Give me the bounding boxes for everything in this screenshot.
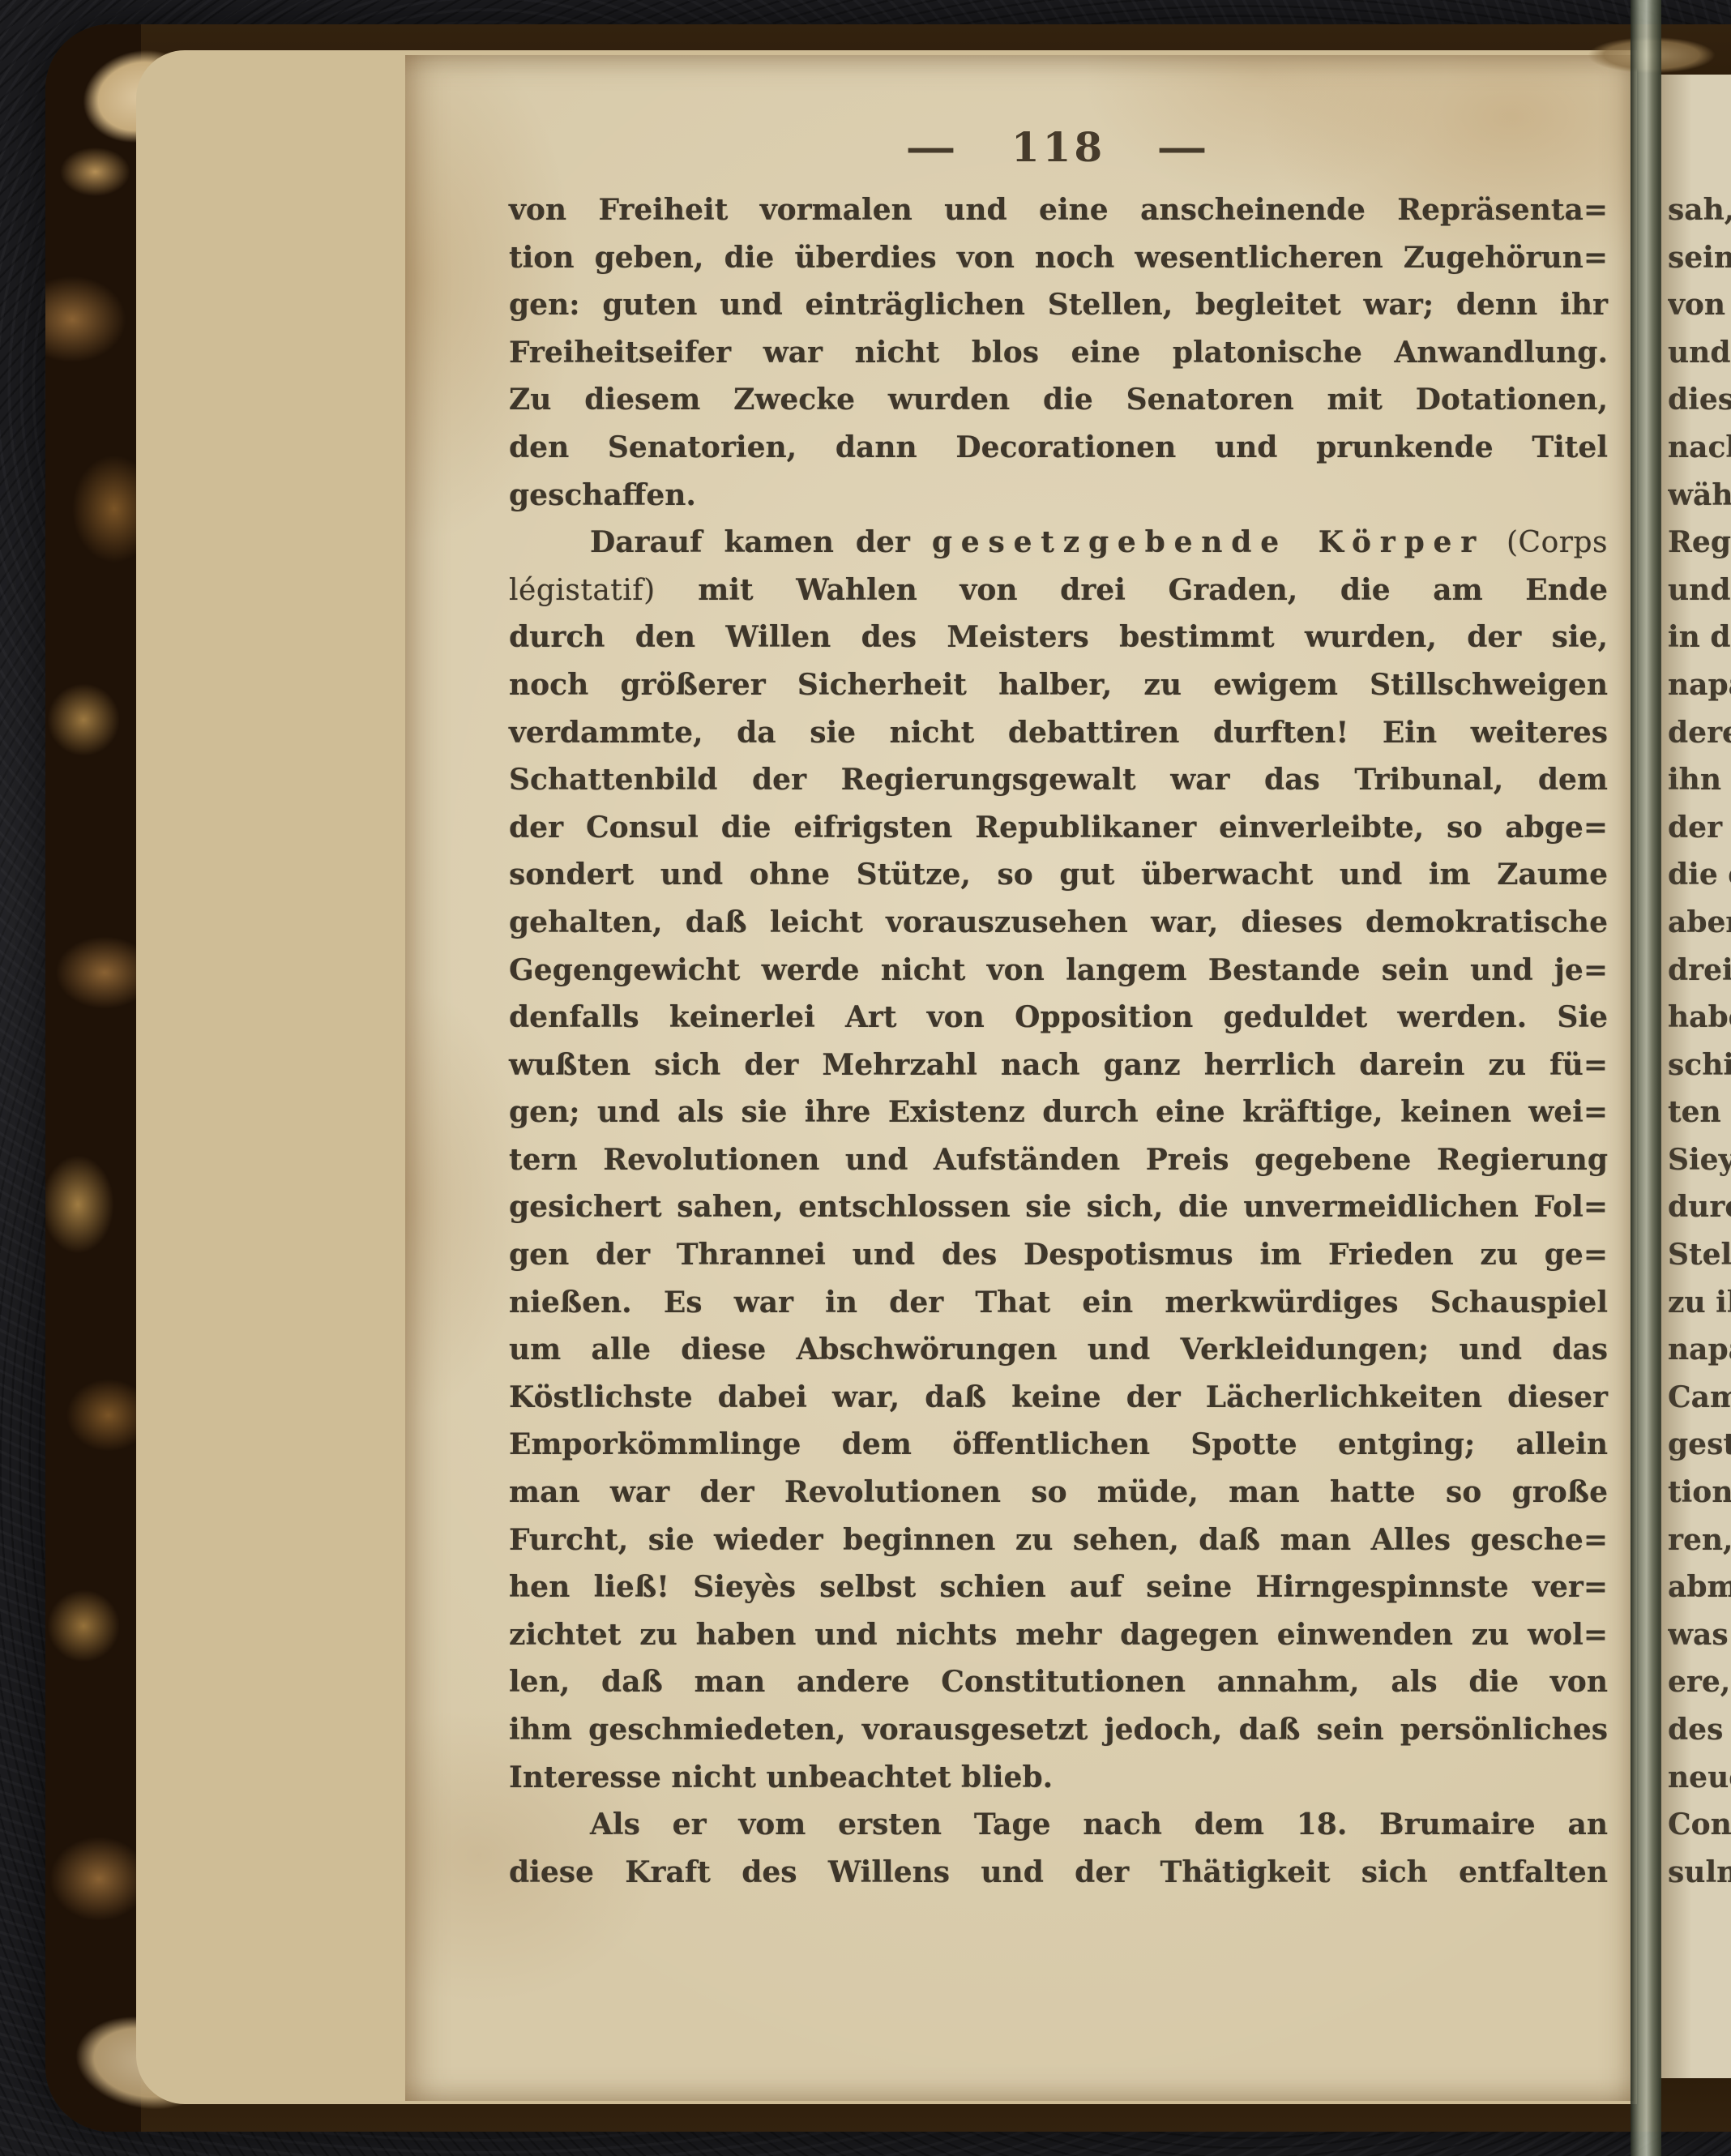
facing-text-line: napar	[1668, 661, 1731, 709]
facing-text-line: drei C	[1668, 947, 1731, 995]
facing-text-line: Cons	[1668, 1801, 1731, 1849]
facing-text-line: haben	[1668, 994, 1731, 1042]
facing-text-line: durch	[1668, 1183, 1731, 1231]
facing-text-line: Sieyè	[1668, 1136, 1731, 1184]
text-line: von Freiheit vormalen und eine anscheine…	[509, 186, 1608, 234]
text-line: diese Kraft des Willens und der Thätigke…	[509, 1849, 1608, 1897]
marbled-cover-edge	[45, 24, 141, 2132]
glass-edge-strip	[1631, 0, 1661, 2156]
facing-text-line: ten ze	[1668, 1089, 1731, 1136]
facing-text-line: sah, die	[1668, 186, 1731, 234]
text-line: Zu diesem Zwecke wurden die Senatoren mi…	[509, 376, 1608, 424]
header-dash-left-icon: —	[905, 123, 960, 171]
text-line: Als er vom ersten Tage nach dem 18. Brum…	[509, 1801, 1608, 1849]
facing-text-line: und e	[1668, 567, 1731, 614]
text-line: tern Revolutionen und Aufständen Preis g…	[509, 1136, 1608, 1184]
facing-text-line: was e	[1668, 1611, 1731, 1659]
text-line: gen: guten und einträglichen Stellen, be…	[509, 281, 1608, 329]
text-line: Darauf kamen der gesetzgebende Körper (C…	[509, 519, 1608, 567]
text-line: der Consul die eifrigsten Republikaner e…	[509, 804, 1608, 852]
facing-text-line: nach i	[1668, 424, 1731, 472]
text-line: Schattenbild der Regierungsgewalt war da…	[509, 756, 1608, 804]
text-line: Emporkömmlinge dem öffentlichen Spotte e…	[509, 1421, 1608, 1469]
text-line: gen; und als sie ihre Existenz durch ein…	[509, 1089, 1608, 1136]
text-line: Furcht, sie wieder beginnen zu sehen, da…	[509, 1516, 1608, 1564]
facing-text-line: ihn ni	[1668, 756, 1731, 804]
text-line: tion geben, die überdies von noch wesent…	[509, 234, 1608, 282]
facing-text-line: seinen	[1668, 234, 1731, 282]
facing-text-line: schiede	[1668, 1042, 1731, 1089]
text-line: ihm geschmiedeten, vorausgesetzt jedoch,…	[509, 1706, 1608, 1754]
text-line: wußten sich der Mehrzahl nach ganz herrl…	[509, 1042, 1608, 1089]
text-line: Köstlichste dabei war, daß keine der Läc…	[509, 1374, 1608, 1422]
text-line: hen ließ! Sieyès selbst schien auf seine…	[509, 1564, 1608, 1611]
facing-text-line: der be	[1668, 804, 1731, 852]
text-line: gehalten, daß leicht vorauszusehen war, …	[509, 899, 1608, 947]
facing-text-line: neue	[1668, 1754, 1731, 1802]
text-line: durch den Willen des Meisters bestimmt w…	[509, 614, 1608, 661]
facing-text-line: aber n	[1668, 899, 1731, 947]
text-line: Gegengewicht werde nicht von langem Best…	[509, 947, 1608, 995]
text-line: noch größerer Sicherheit halber, zu ewig…	[509, 661, 1608, 709]
page-header: — 118 —	[509, 118, 1608, 175]
facing-text-line: ere, v	[1668, 1658, 1731, 1706]
text-line: Interesse nicht unbeachtet blieb.	[509, 1754, 1608, 1802]
facing-text-line: zu ih	[1668, 1279, 1731, 1327]
text-line: den Senatorien, dann Decorationen und pr…	[509, 424, 1608, 472]
text-line: verdammte, da sie nicht debattiren durft…	[509, 709, 1608, 757]
facing-text-line: Cam	[1668, 1374, 1731, 1422]
facing-text-line: derer	[1668, 709, 1731, 757]
page-text: von Freiheit vormalen und eine anscheine…	[509, 186, 1608, 1896]
facing-text-line: in der	[1668, 614, 1731, 661]
facing-text-line: diesem	[1668, 376, 1731, 424]
text-line: nießen. Es war in der That ein merkwürdi…	[509, 1279, 1608, 1327]
facing-text-line: abmac	[1668, 1564, 1731, 1611]
facing-text-line: und bes	[1668, 329, 1731, 377]
text-line: légistatif) mit Wahlen von drei Graden, …	[509, 567, 1608, 614]
text-line: man war der Revolutionen so müde, man ha…	[509, 1469, 1608, 1516]
text-line: denfalls keinerlei Art von Opposition ge…	[509, 994, 1608, 1042]
facing-page-text: sah, dieseinenvon daund besdiesemnach iw…	[1668, 186, 1731, 1896]
facing-text-line: des La	[1668, 1706, 1731, 1754]
text-line: zichtet zu haben und nichts mehr dagegen…	[509, 1611, 1608, 1659]
facing-text-line: von da	[1668, 281, 1731, 329]
facing-text-line: tionär	[1668, 1469, 1731, 1516]
facing-text-line: ren, j	[1668, 1516, 1731, 1564]
text-line: gesichert sahen, entschlossen sie sich, …	[509, 1183, 1608, 1231]
text-line: len, daß man andere Constitutionen annah…	[509, 1658, 1608, 1706]
text-line: gen der Thrannei und des Despotismus im …	[509, 1231, 1608, 1279]
facing-text-line: Regier	[1668, 519, 1731, 567]
facing-text-line: napar	[1668, 1326, 1731, 1374]
facing-text-line: die eb	[1668, 851, 1731, 899]
text-line: um alle diese Abschwörungen und Verkleid…	[509, 1326, 1608, 1374]
facing-text-line: gestatt	[1668, 1421, 1731, 1469]
facing-text-line: wähl	[1668, 472, 1731, 520]
text-line: Freiheitseifer war nicht blos eine plato…	[509, 329, 1608, 377]
header-dash-right-icon: —	[1156, 123, 1212, 171]
text-line: geschaffen.	[509, 472, 1608, 520]
facing-text-line: Stelle	[1668, 1231, 1731, 1279]
facing-text-line: suln,	[1668, 1849, 1731, 1897]
text-line: sondert und ohne Stütze, so gut überwach…	[509, 851, 1608, 899]
page-number: 118	[1011, 123, 1105, 171]
